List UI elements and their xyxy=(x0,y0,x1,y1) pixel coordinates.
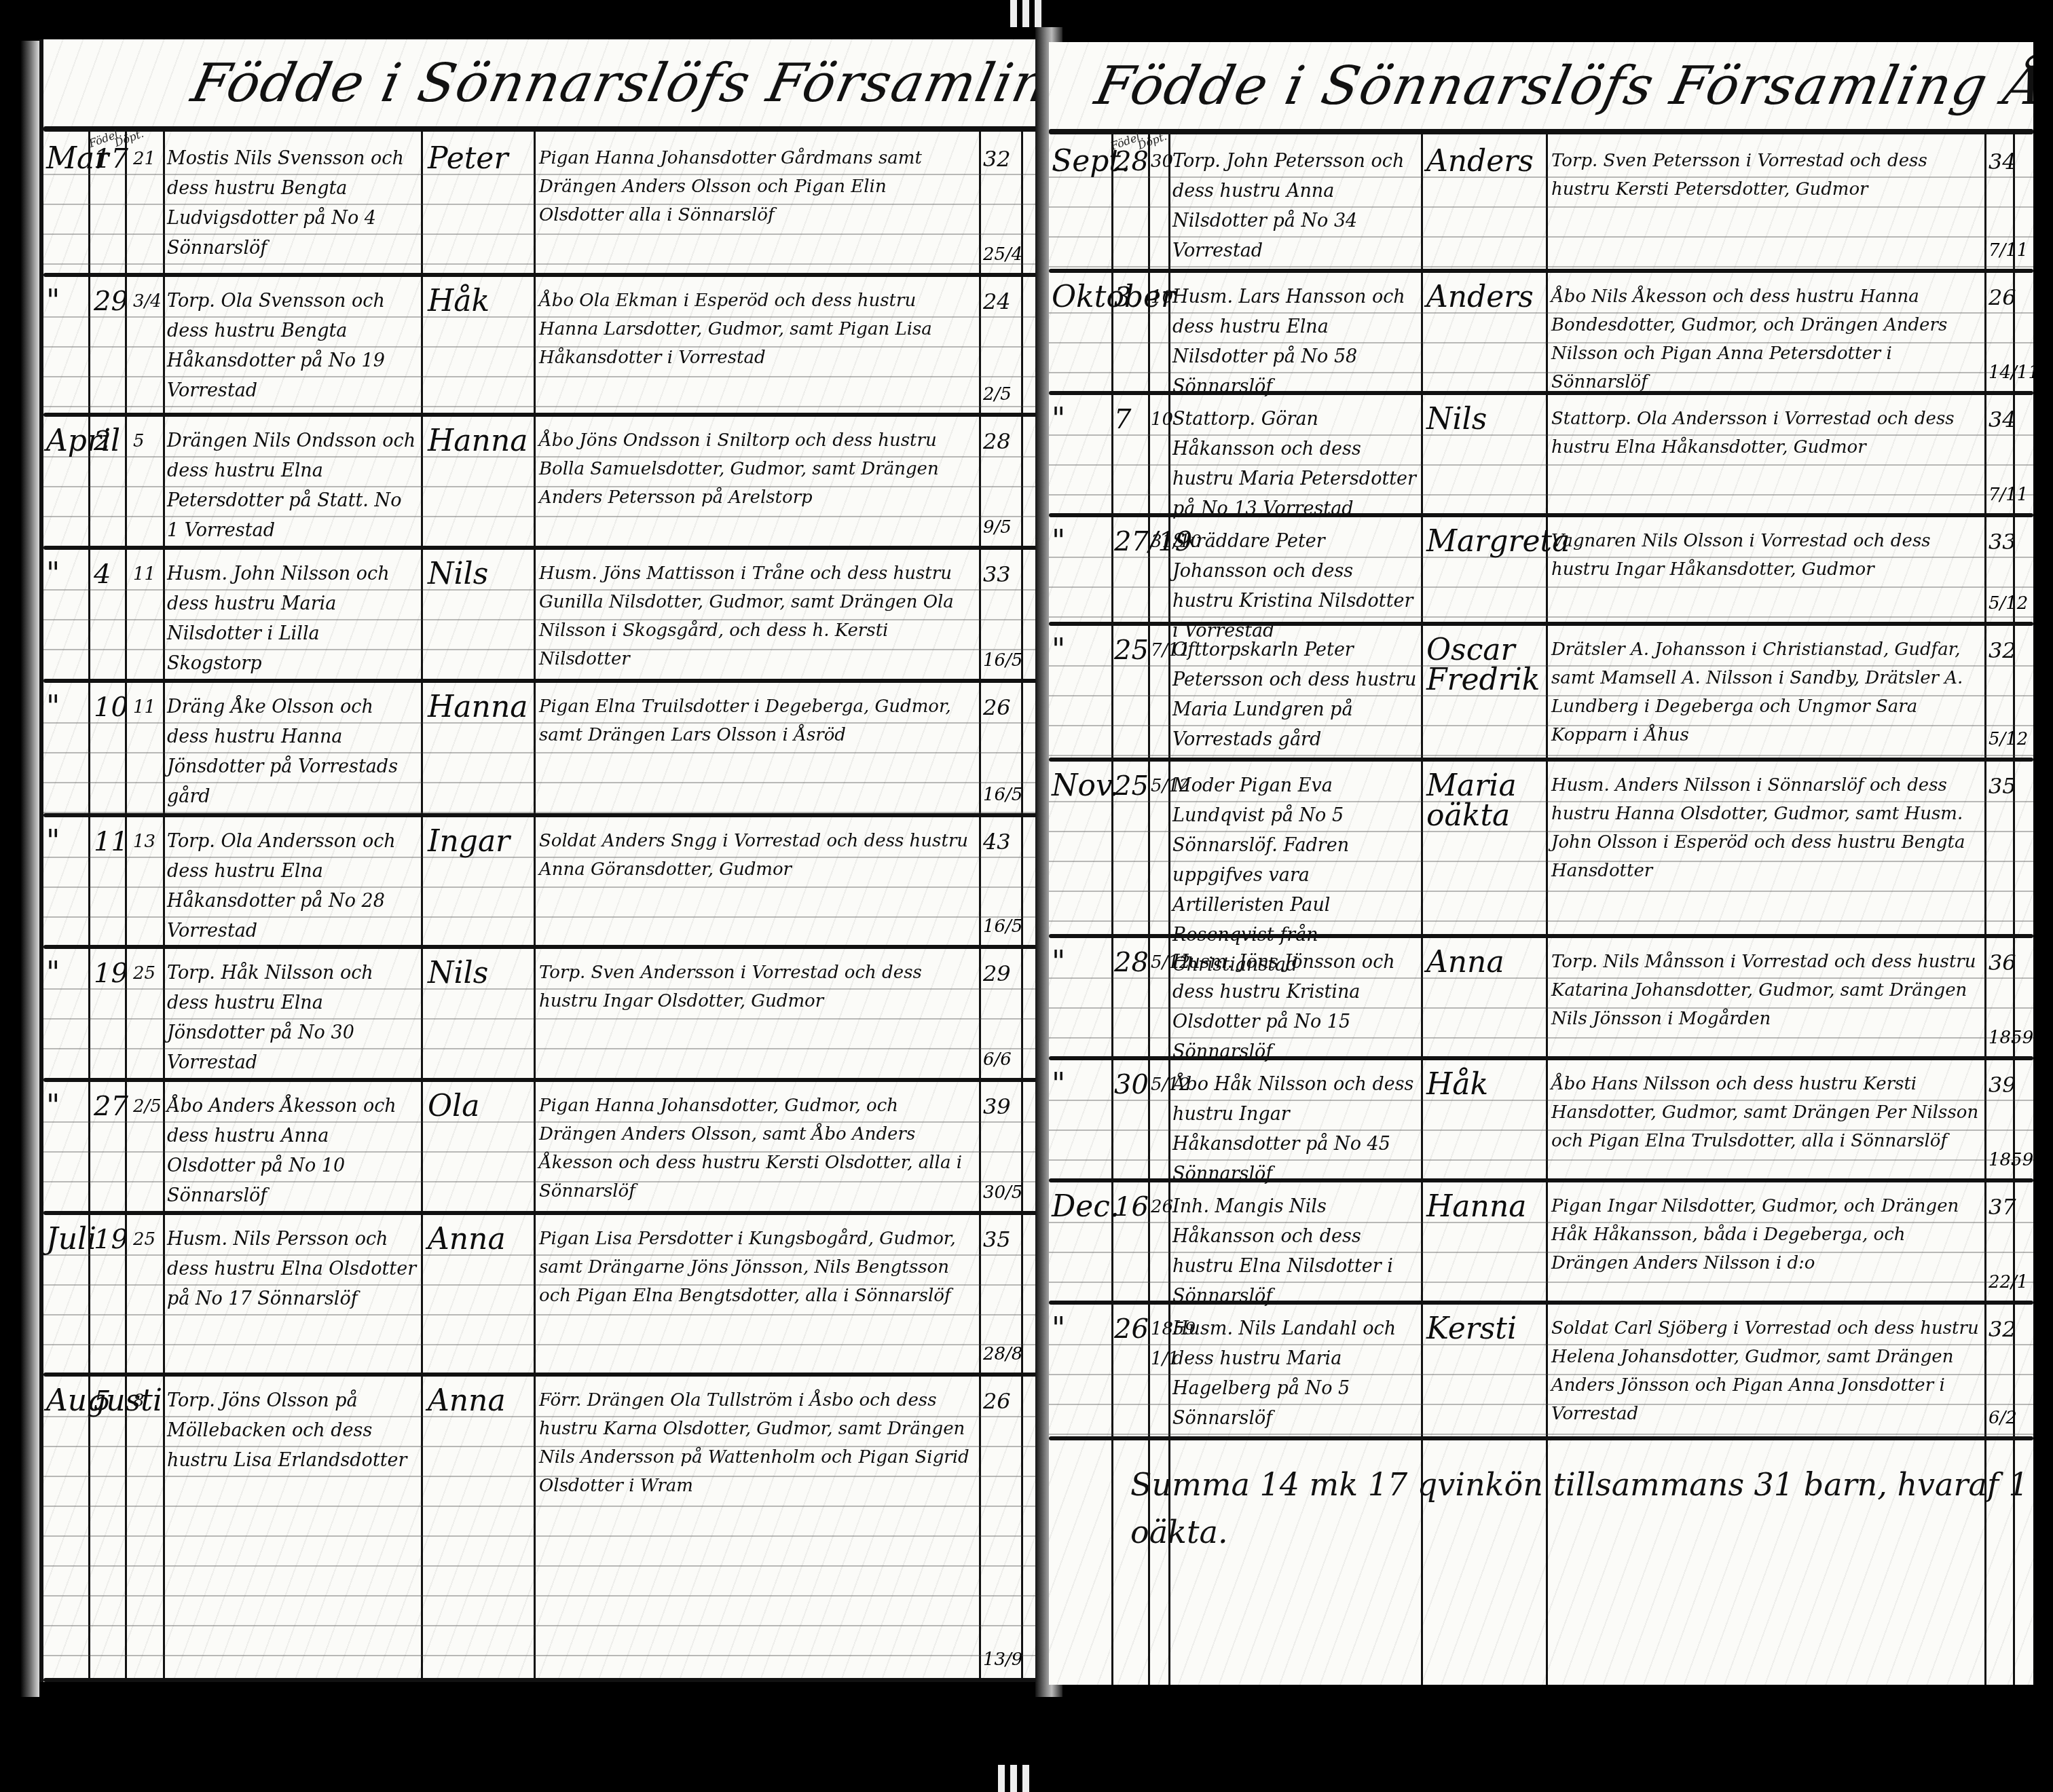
month-cell: " xyxy=(46,286,94,316)
sponsors-cell: Vagnaren Nils Olsson i Vorrestad och des… xyxy=(1551,527,1979,584)
birth-day-cell: 17 xyxy=(94,144,132,174)
parents-cell: Torp. Håk Nilsson och dess hustru Elna J… xyxy=(167,958,418,1078)
baptism-day-cell: 13 xyxy=(133,827,160,857)
birth-day-cell: 7 xyxy=(1114,405,1149,434)
ruled-line xyxy=(43,1655,1048,1656)
binding-marker-top xyxy=(1010,0,1041,27)
month-cell: " xyxy=(1052,1070,1113,1100)
register-entry: "411Husm. John Nilsson och dess hustru M… xyxy=(43,550,1048,683)
page-summary: Summa 14 mk 17 qvinkön tillsammans 31 ba… xyxy=(1130,1461,2033,1556)
mother-age-cell: 32 xyxy=(1989,1314,2013,1344)
mother-age-cell: 36 xyxy=(1989,948,2013,977)
child-name-cell: Hanna xyxy=(428,426,530,456)
birth-day-cell: 10 xyxy=(94,692,132,722)
parents-cell: Torp. Ola Svensson och dess hustru Bengt… xyxy=(167,286,418,406)
mother-age-cell: 26 xyxy=(1989,282,2013,312)
mother-age-cell: 43 xyxy=(983,827,1021,857)
register-entry: "1113Torp. Ola Andersson och dess hustru… xyxy=(43,817,1048,949)
birth-day-cell: 25 xyxy=(1114,635,1149,665)
parents-cell: Mostis Nils Svensson och dess hustru Ben… xyxy=(167,144,418,263)
sponsors-cell: Pigan Lisa Persdotter i Kungsbogård, Gud… xyxy=(539,1225,974,1310)
sponsors-cell: Förr. Drängen Ola Tullström i Åsbo och d… xyxy=(539,1386,974,1500)
mother-age-cell: 28 xyxy=(983,426,1021,456)
baptism-day-cell: 5/12 xyxy=(1151,948,1166,977)
churching-date-cell: 30/5 xyxy=(983,1182,1022,1203)
month-cell: " xyxy=(1052,527,1113,557)
register-entry: Dec.1626Inh. Mangis Nils Håkansson och d… xyxy=(1049,1182,2033,1305)
ruled-line xyxy=(43,1565,1048,1567)
parents-cell: Ofttorpskarln Peter Petersson och dess h… xyxy=(1172,635,1417,755)
parents-cell: Inh. Mangis Nils Håkansson och dess hust… xyxy=(1172,1192,1417,1311)
ruled-line xyxy=(43,1344,1048,1345)
header-rule xyxy=(1049,129,2033,134)
parents-cell: Husm. Nils Landahl och dess hustru Maria… xyxy=(1172,1314,1417,1434)
month-cell: " xyxy=(46,1091,94,1121)
birth-day-cell: 29 xyxy=(94,286,132,316)
mother-age-cell: 32 xyxy=(1989,635,2013,665)
baptism-day-cell: 5/12 xyxy=(1151,1070,1166,1100)
child-name-cell: Håk xyxy=(1426,1070,1542,1100)
child-name-cell: Oscar Fredrik xyxy=(1426,635,1542,695)
child-name-cell: Ola xyxy=(428,1091,530,1121)
child-name-cell: Håk xyxy=(428,286,530,316)
child-name-cell: Hanna xyxy=(428,692,530,722)
month-cell: Sept. xyxy=(1052,147,1113,176)
mother-age-cell: 34 xyxy=(1989,147,2013,176)
birth-day-cell: 19 xyxy=(94,1225,132,1254)
parents-cell: Husm. Jöns Jönsson och dess hustru Krist… xyxy=(1172,948,1417,1067)
parents-cell: Husm. Nils Persson och dess hustru Elna … xyxy=(167,1225,418,1314)
mother-age-cell: 35 xyxy=(1989,771,2013,801)
register-entry: Juli1925Husm. Nils Persson och dess hust… xyxy=(43,1215,1048,1377)
sponsors-cell: Åbo Hans Nilsson och dess hustru Kersti … xyxy=(1551,1070,1979,1155)
mother-age-cell: 32 xyxy=(983,144,1021,174)
ruled-line xyxy=(1049,266,2033,267)
month-cell: " xyxy=(1052,1314,1113,1344)
mother-age-cell: 39 xyxy=(983,1091,1021,1121)
child-name-cell: Margreta xyxy=(1426,527,1542,557)
ruled-line xyxy=(1049,1434,2033,1435)
month-cell: Juli xyxy=(46,1225,94,1254)
churching-date-cell: 28/8 xyxy=(983,1344,1022,1364)
register-entry: "1925Torp. Håk Nilsson och dess hustru E… xyxy=(43,949,1048,1082)
child-name-cell: Anna xyxy=(1426,948,1542,977)
child-name-cell: Anders xyxy=(1426,282,1542,312)
mother-age-cell: 35 xyxy=(983,1225,1021,1254)
parents-cell: Husm. John Nilsson och dess hustru Maria… xyxy=(167,559,418,679)
churching-date-cell: 9/5 xyxy=(983,517,1012,538)
birth-day-cell: 19 xyxy=(94,958,132,988)
child-name-cell: Maria oäkta xyxy=(1426,771,1542,831)
baptism-day-cell: 10 xyxy=(1151,405,1166,434)
birth-day-cell: 26 xyxy=(1114,1314,1149,1344)
baptism-day-cell: 21 xyxy=(133,144,160,174)
sponsors-cell: Torp. Sven Petersson i Vorrestad och des… xyxy=(1551,147,1979,204)
baptism-day-cell: 25 xyxy=(133,1225,160,1254)
register-entry: "257/11Ofttorpskarln Peter Petersson och… xyxy=(1049,626,2033,762)
parents-cell: Dräng Åke Olsson och dess hustru Hanna J… xyxy=(167,692,418,812)
ruled-line xyxy=(43,263,1048,265)
churching-date-cell: 16/5 xyxy=(983,916,1022,937)
page-title: Födde i Sönnarslöfs Församling År 1858. xyxy=(1090,56,2033,117)
register-entry: Sept.2830Torp. John Petersson och dess h… xyxy=(1049,137,2033,273)
birth-day-cell: 25 xyxy=(1114,771,1149,801)
mother-age-cell: 29 xyxy=(983,958,1021,988)
register-entry: "293/4Torp. Ola Svensson och dess hustru… xyxy=(43,277,1048,417)
birth-day-cell: 30 xyxy=(1114,1070,1149,1100)
parents-cell: Stattorp. Göran Håkansson och dess hustr… xyxy=(1172,405,1417,524)
register-entry: Augusti58Torp. Jöns Olsson på Möllebacke… xyxy=(43,1377,1048,1682)
month-cell: Nov. xyxy=(1052,771,1113,801)
ruled-line xyxy=(43,1625,1048,1626)
sponsors-cell: Husm. Jöns Mattisson i Tråne och dess hu… xyxy=(539,559,974,673)
baptism-day-cell: 7/11 xyxy=(1151,635,1166,665)
parents-cell: Husm. Lars Hansson och dess hustru Elna … xyxy=(1172,282,1417,402)
baptism-day-cell: 10 xyxy=(1151,282,1166,312)
register-entry: "1011Dräng Åke Olsson och dess hustru Ha… xyxy=(43,683,1048,817)
child-name-cell: Nils xyxy=(428,559,530,589)
entry-divider xyxy=(43,1678,1048,1682)
baptism-day-cell: 1859 1/1 xyxy=(1151,1314,1166,1374)
churching-date-cell: 13/9 xyxy=(983,1649,1022,1670)
mother-age-cell: 37 xyxy=(1989,1192,2013,1222)
mother-age-cell: 33 xyxy=(1989,527,2013,557)
sponsors-cell: Pigan Hanna Johansdotter Gårdmans samt D… xyxy=(539,144,974,229)
month-cell: " xyxy=(1052,635,1113,665)
churching-date-cell: 7/11 xyxy=(1989,240,2028,261)
baptism-day-cell: 26 xyxy=(1151,1192,1166,1222)
month-cell: Mar xyxy=(46,144,94,174)
month-cell: Oktober xyxy=(1052,282,1113,312)
baptism-day-cell: 8 xyxy=(133,1386,160,1416)
sponsors-cell: Torp. Sven Andersson i Vorrestad och des… xyxy=(539,958,974,1015)
birth-day-cell: 11 xyxy=(94,827,132,857)
parents-cell: Åbo Håk Nilsson och dess hustru Ingar Hå… xyxy=(1172,1070,1417,1189)
mother-age-cell: 33 xyxy=(983,559,1021,589)
birth-day-cell: 2 xyxy=(94,426,132,456)
sponsors-cell: Åbo Jöns Ondsson i Sniltorp och dess hus… xyxy=(539,426,974,512)
month-cell: Dec. xyxy=(1052,1192,1113,1222)
baptism-day-cell: 11 xyxy=(133,559,160,589)
mother-age-cell: 24 xyxy=(983,286,1021,316)
parents-cell: Torp. Jöns Olsson på Möllebacken och des… xyxy=(167,1386,418,1476)
birth-day-cell: 27 xyxy=(94,1091,132,1121)
sponsors-cell: Åbo Nils Åkesson och dess hustru Hanna B… xyxy=(1551,282,1979,396)
register-entry: "305/12Åbo Håk Nilsson och dess hustru I… xyxy=(1049,1060,2033,1182)
register-entry: "261859 1/1Husm. Nils Landahl och dess h… xyxy=(1049,1305,2033,1440)
baptism-day-cell: 2/5 xyxy=(133,1091,160,1121)
ruled-line xyxy=(43,1595,1048,1597)
sponsors-cell: Soldat Anders Sngg i Vorrestad och dess … xyxy=(539,827,974,884)
register-entry: "27/1931/10Skräddare Peter Johansson och… xyxy=(1049,517,2033,626)
ruled-line xyxy=(43,1535,1048,1537)
header-rule xyxy=(43,126,1048,132)
birth-day-cell: 4 xyxy=(94,559,132,589)
entry-divider xyxy=(1049,1436,2033,1440)
birth-day-cell: 28 xyxy=(1114,147,1149,176)
month-cell: Augusti xyxy=(46,1386,94,1416)
register-entry: Mar1721Mostis Nils Svensson och dess hus… xyxy=(43,134,1048,277)
sponsors-cell: Pigan Elna Truilsdotter i Degeberga, Gud… xyxy=(539,692,974,749)
child-name-cell: Nils xyxy=(1426,405,1542,434)
birth-day-cell: 3 xyxy=(1114,282,1149,312)
register-page-left: Födde i Sönnarslöfs Församling År 1858 F… xyxy=(39,39,1048,1682)
sponsors-cell: Husm. Anders Nilsson i Sönnarslöf och de… xyxy=(1551,771,1979,885)
register-entry: Nov.255/12Moder Pigan Eva Lundqvist på N… xyxy=(1049,762,2033,938)
churching-date-cell: 14/11 xyxy=(1989,362,2033,383)
ruled-line xyxy=(43,406,1048,407)
child-name-cell: Anna xyxy=(428,1386,530,1416)
baptism-day-cell: 25 xyxy=(133,958,160,988)
sponsors-cell: Torp. Nils Månsson i Vorrestad och dess … xyxy=(1551,948,1979,1033)
churching-date-cell: 1859 xyxy=(1989,1150,2033,1170)
register-entry: "710Stattorp. Göran Håkansson och dess h… xyxy=(1049,395,2033,517)
child-name-cell: Nils xyxy=(428,958,530,988)
child-name-cell: Anders xyxy=(1426,147,1542,176)
parents-cell: Drängen Nils Ondsson och dess hustru Eln… xyxy=(167,426,418,546)
child-name-cell: Ingar xyxy=(428,827,530,857)
mother-age-cell: 26 xyxy=(983,1386,1021,1416)
birth-day-cell: 5 xyxy=(94,1386,132,1416)
churching-date-cell: 6/6 xyxy=(983,1049,1012,1070)
register-entry: "272/5Åbo Anders Åkesson och dess hustru… xyxy=(43,1082,1048,1215)
month-cell: " xyxy=(1052,948,1113,977)
churching-date-cell: 25/4 xyxy=(983,244,1022,265)
churching-date-cell: 6/2 xyxy=(1989,1408,2017,1428)
baptism-day-cell: 3/4 xyxy=(133,286,160,316)
churching-date-cell: 1859 xyxy=(1989,1028,2033,1048)
month-cell: April xyxy=(46,426,94,456)
register-entry: Oktober310Husm. Lars Hansson och dess hu… xyxy=(1049,273,2033,395)
month-cell: " xyxy=(46,692,94,722)
child-name-cell: Kersti xyxy=(1426,1314,1542,1344)
birth-day-cell: 28 xyxy=(1114,948,1149,977)
mother-age-cell: 26 xyxy=(983,692,1021,722)
ruled-line xyxy=(43,1506,1048,1507)
child-name-cell: Hanna xyxy=(1426,1192,1542,1222)
baptism-day-cell: 31/10 xyxy=(1151,527,1166,557)
birth-day-cell: 16 xyxy=(1114,1192,1149,1222)
mother-age-cell: 39 xyxy=(1989,1070,2013,1100)
sponsors-cell: Stattorp. Ola Andersson i Vorrestad och … xyxy=(1551,405,1979,462)
baptism-day-cell: 11 xyxy=(133,692,160,722)
churching-date-cell: 2/5 xyxy=(983,384,1012,405)
child-name-cell: Peter xyxy=(428,144,530,174)
churching-date-cell: 16/5 xyxy=(983,650,1022,671)
parents-cell: Torp. John Petersson och dess hustru Ann… xyxy=(1172,147,1417,266)
sponsors-cell: Åbo Ola Ekman i Esperöd och dess hustru … xyxy=(539,286,974,372)
register-page-right: Födde i Sönnarslöfs Församling År 1858. … xyxy=(1049,42,2033,1685)
month-cell: " xyxy=(46,827,94,857)
parents-cell: Torp. Ola Andersson och dess hustru Elna… xyxy=(167,827,418,946)
child-name-cell: Anna xyxy=(428,1225,530,1254)
baptism-day-cell: 5/12 xyxy=(1151,771,1166,801)
churching-date-cell: 22/1 xyxy=(1989,1272,2028,1292)
baptism-day-cell: 5 xyxy=(133,426,160,456)
churching-date-cell: 16/5 xyxy=(983,785,1022,805)
sponsors-cell: Drätsler A. Johansson i Christianstad, G… xyxy=(1551,635,1979,749)
baptism-day-cell: 30 xyxy=(1151,147,1166,176)
mother-age-cell: 34 xyxy=(1989,405,2013,434)
page-edge-left xyxy=(20,41,39,1697)
register-entry: "285/12Husm. Jöns Jönsson och dess hustr… xyxy=(1049,938,2033,1060)
binding-marker-bottom xyxy=(998,1765,1029,1792)
ruled-line xyxy=(43,1314,1048,1315)
sponsors-cell: Soldat Carl Sjöberg i Vorrestad och dess… xyxy=(1551,1314,1979,1428)
churching-date-cell: 5/12 xyxy=(1989,729,2028,749)
month-cell: " xyxy=(46,958,94,988)
birth-day-cell: 27/19 xyxy=(1114,527,1149,557)
churching-date-cell: 5/12 xyxy=(1989,593,2028,614)
sponsors-cell: Pigan Hanna Johansdotter, Gudmor, och Dr… xyxy=(539,1091,974,1206)
churching-date-cell: 7/11 xyxy=(1989,485,2028,505)
month-cell: " xyxy=(1052,405,1113,434)
parents-cell: Åbo Anders Åkesson och dess hustru Anna … xyxy=(167,1091,418,1211)
month-cell: " xyxy=(46,559,94,589)
register-entry: April25Drängen Nils Ondsson och dess hus… xyxy=(43,417,1048,550)
ruled-line xyxy=(1049,755,2033,756)
page-title: Födde i Sönnarslöfs Församling År 1858 xyxy=(186,53,1048,114)
sponsors-cell: Pigan Ingar Nilsdotter, Gudmor, och Drän… xyxy=(1551,1192,1979,1277)
